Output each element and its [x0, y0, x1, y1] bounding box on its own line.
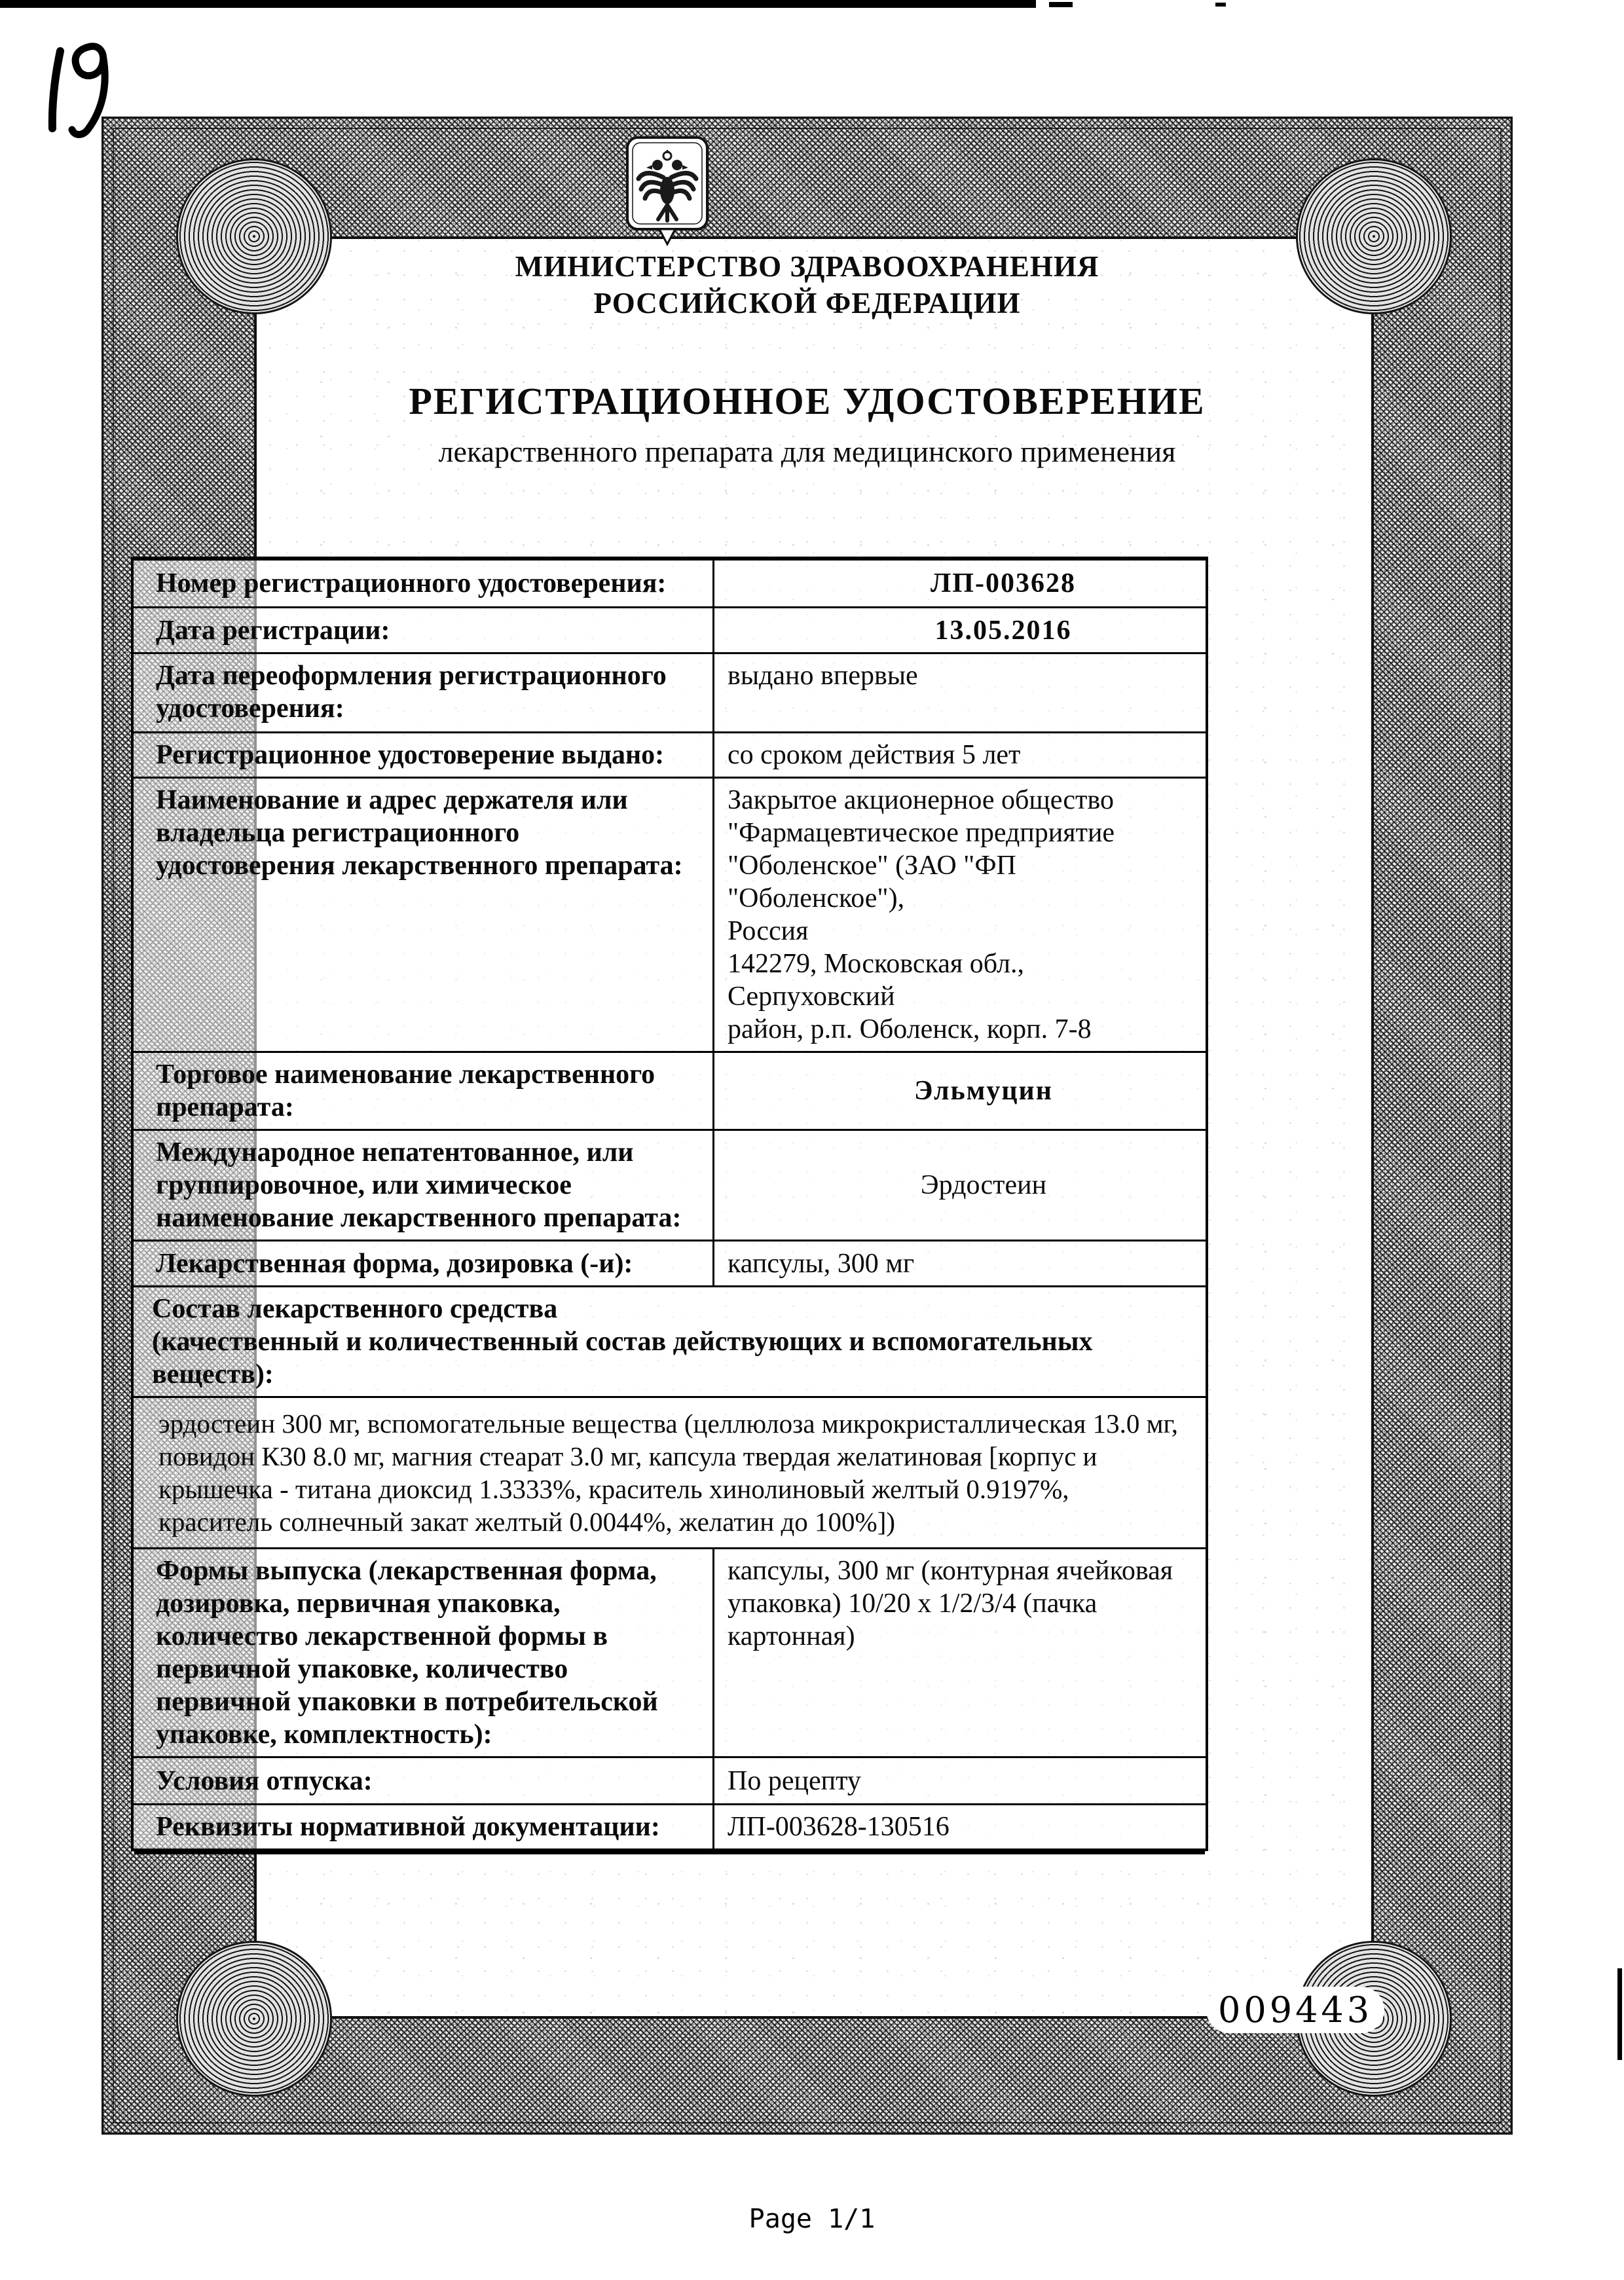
table-row: Международное непатентованное, или групп…: [134, 1129, 1206, 1240]
table-row: эрдостеин 300 мг, вспомогательные вещест…: [134, 1396, 1206, 1547]
row-label: Торговое наименование лекарственного пре…: [134, 1053, 714, 1129]
row-label: Номер регистрационного удостоверения:: [134, 561, 714, 606]
table-row: Дата переоформления регистрационного удо…: [134, 652, 1206, 731]
table-row: Регистрационное удостоверение выдано: со…: [134, 731, 1206, 777]
russia-coat-of-arms-icon: [625, 136, 709, 251]
scan-artifact-dash: [1215, 3, 1226, 7]
row-value: ЛП-003628-130516: [714, 1805, 1206, 1848]
ministry-name: МИНИСТЕРСТВО ЗДРАВООХРАНЕНИЯ РОССИЙСКОЙ …: [103, 248, 1511, 322]
table-row: Торговое наименование лекарственного пре…: [134, 1051, 1206, 1129]
row-value: ЛП-003628: [714, 561, 1206, 606]
row-value: Эрдостеин: [714, 1131, 1206, 1240]
scanned-certificate-page: МИНИСТЕРСТВО ЗДРАВООХРАНЕНИЯ РОССИЙСКОЙ …: [0, 0, 1624, 2280]
page-footer: Page 1/1: [0, 2204, 1624, 2234]
scan-artifact-top-bar: [0, 0, 1036, 8]
table-row: Номер регистрационного удостоверения: ЛП…: [134, 561, 1206, 606]
row-label: Лекарственная форма, дозировка (-и):: [134, 1241, 714, 1285]
guilloche-border-frame: МИНИСТЕРСТВО ЗДРАВООХРАНЕНИЯ РОССИЙСКОЙ …: [101, 117, 1513, 2135]
row-value: капсулы, 300 мг: [714, 1241, 1206, 1285]
row-value: 13.05.2016: [714, 608, 1206, 652]
table-row: Реквизиты нормативной документации: ЛП-0…: [134, 1803, 1206, 1848]
scan-artifact-dash: [1049, 2, 1073, 7]
section-header-label: Состав лекарственного средства (качестве…: [134, 1287, 1206, 1396]
document-title: РЕГИСТРАЦИОННОЕ УДОСТОВЕРЕНИЕ: [103, 379, 1511, 423]
row-label: Регистрационное удостоверение выдано:: [134, 733, 714, 777]
scan-artifact-edge-line: [1617, 1968, 1622, 2060]
row-value: Закрытое акционерное общество "Фармацевт…: [714, 779, 1206, 1051]
row-label: Реквизиты нормативной документации:: [134, 1805, 714, 1848]
row-value: со сроком действия 5 лет: [714, 733, 1206, 777]
table-row: Лекарственная форма, дозировка (-и): кап…: [134, 1240, 1206, 1285]
table-row: Наименование и адрес держателя или владе…: [134, 777, 1206, 1051]
row-label: Наименование и адрес держателя или владе…: [134, 779, 714, 1051]
table-row: Дата регистрации: 13.05.2016: [134, 606, 1206, 652]
certificate-serial-number: 009443: [1206, 1987, 1384, 2033]
table-section-header: Состав лекарственного средства (качестве…: [134, 1285, 1206, 1396]
registration-table: Номер регистрационного удостоверения: ЛП…: [131, 557, 1208, 1851]
row-label: Формы выпуска (лекарственная форма, дози…: [134, 1549, 714, 1756]
composition-text: эрдостеин 300 мг, вспомогательные вещест…: [134, 1398, 1206, 1547]
row-label: Дата переоформления регистрационного удо…: [134, 654, 714, 731]
row-value: капсулы, 300 мг (контурная ячейковая упа…: [714, 1549, 1206, 1756]
table-row: Формы выпуска (лекарственная форма, дози…: [134, 1547, 1206, 1756]
row-label: Условия отпуска:: [134, 1758, 714, 1803]
row-value: выдано впервые: [714, 654, 1206, 731]
row-value: По рецепту: [714, 1758, 1206, 1803]
row-value: Эльмуцин: [714, 1053, 1206, 1129]
document-subtitle: лекарственного препарата для медицинског…: [103, 434, 1511, 469]
table-row: Условия отпуска: По рецепту: [134, 1756, 1206, 1803]
row-label: Дата регистрации:: [134, 608, 714, 652]
row-label: Международное непатентованное, или групп…: [134, 1131, 714, 1240]
